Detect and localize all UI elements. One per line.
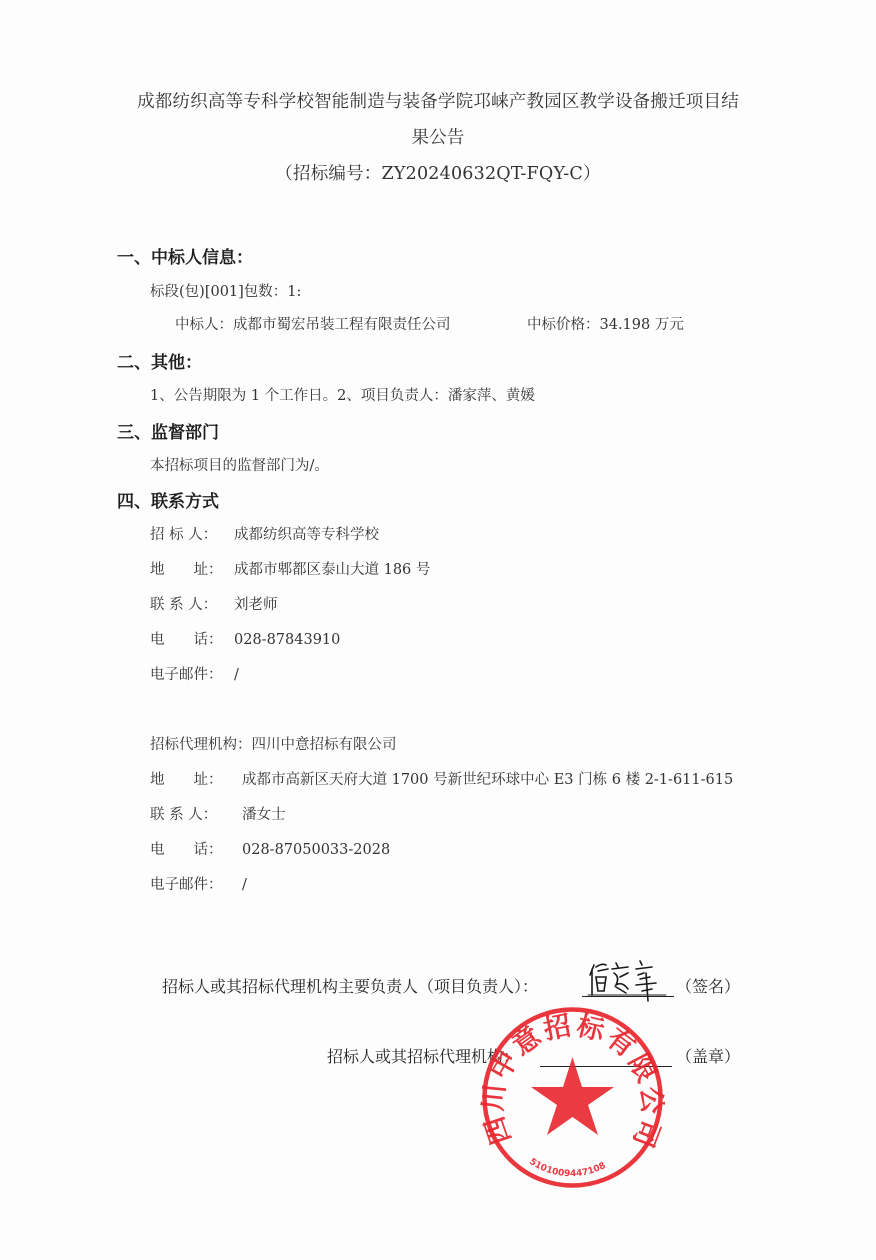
- tender-number: （招标编号：ZY20240632QT-FQY-C）: [0, 160, 876, 185]
- handwritten-signature: [586, 955, 676, 1005]
- supervision-text: 本招标项目的监督部门为/。: [150, 454, 329, 475]
- section-heading-other: 二、其他：: [117, 348, 202, 373]
- lot-info: 标段(包)[001]包数：1:: [150, 280, 301, 301]
- agency-name: 四川中意招标有限公司: [252, 737, 397, 753]
- company-seal: 四川中意招标有限公司 5101009447108: [480, 1005, 665, 1190]
- tenderer-email: /: [234, 667, 239, 683]
- tenderer-phone-label: 电 话：: [150, 628, 234, 649]
- tenderer-name: 成都纺织高等专科学校: [234, 527, 379, 543]
- section-heading-supervision: 三、监督部门: [117, 418, 219, 443]
- price-label: 中标价格：: [527, 317, 600, 333]
- tenderer-address: 成都市郫都区泰山大道 186 号: [234, 562, 430, 578]
- seal-star-icon: [531, 1057, 614, 1135]
- winner-name: 成都市蜀宏吊装工程有限责任公司: [233, 317, 451, 333]
- tenderer-name-row: 招 标 人：成都纺织高等专科学校: [150, 523, 379, 544]
- winner-row: 中标人：成都市蜀宏吊装工程有限责任公司: [175, 313, 451, 334]
- agency-phone-row: 电 话：028-87050033-2028: [150, 838, 390, 859]
- agency-phone: 028-87050033-2028: [242, 842, 390, 858]
- tenderer-email-label: 电子邮件：: [150, 663, 234, 684]
- tenderer-email-row: 电子邮件：/: [150, 663, 239, 684]
- agency-contact: 潘女士: [242, 807, 286, 823]
- document-title-line2: 果公告: [0, 124, 876, 149]
- agency-address-row: 地 址：成都市高新区天府大道 1700 号新世纪环球中心 E3 门栋 6 楼 2…: [150, 768, 733, 789]
- tenderer-address-label: 地 址：: [150, 558, 234, 579]
- price-row: 中标价格：34.198 万元: [527, 313, 684, 334]
- agency-contact-label: 联 系 人：: [150, 803, 242, 824]
- agency-contact-row: 联 系 人：潘女士: [150, 803, 286, 824]
- agency-address: 成都市高新区天府大道 1700 号新世纪环球中心 E3 门栋 6 楼 2-1-6…: [242, 772, 733, 788]
- other-text: 1、公告期限为 1 个工作日。2、项目负责人：潘家萍、黄媛: [150, 384, 535, 405]
- agency-address-label: 地 址：: [150, 768, 242, 789]
- winner-label: 中标人：: [175, 317, 233, 333]
- section-heading-winner: 一、中标人信息：: [117, 243, 253, 268]
- responsible-label: 招标人或其招标代理机构主要负责人（项目负责人）：: [162, 974, 538, 997]
- agency-name-row: 招标代理机构：四川中意招标有限公司: [150, 733, 397, 754]
- tenderer-contact-label: 联 系 人：: [150, 593, 234, 614]
- agency-name-label: 招标代理机构：: [150, 737, 252, 753]
- seal-number: 5101009447108: [527, 1157, 607, 1179]
- tenderer-contact: 刘老师: [234, 597, 278, 613]
- agency-phone-label: 电 话：: [150, 838, 242, 859]
- tenderer-contact-row: 联 系 人：刘老师: [150, 593, 278, 614]
- price-value: 34.198 万元: [600, 317, 684, 333]
- tenderer-phone-row: 电 话：028-87843910: [150, 628, 340, 649]
- tenderer-name-label: 招 标 人：: [150, 523, 234, 544]
- tenderer-address-row: 地 址：成都市郫都区泰山大道 186 号: [150, 558, 430, 579]
- stamp-suffix: （盖章）: [676, 1044, 740, 1067]
- document-title-line1: 成都纺织高等专科学校智能制造与装备学院邛崃产教园区教学设备搬迁项目结: [0, 88, 876, 113]
- agency-email-row: 电子邮件：/: [150, 873, 247, 894]
- agency-email: /: [242, 877, 247, 893]
- sign-suffix: （签名）: [676, 974, 740, 997]
- tenderer-phone: 028-87843910: [234, 632, 340, 648]
- agency-email-label: 电子邮件：: [150, 873, 242, 894]
- section-heading-contact: 四、联系方式: [117, 487, 219, 512]
